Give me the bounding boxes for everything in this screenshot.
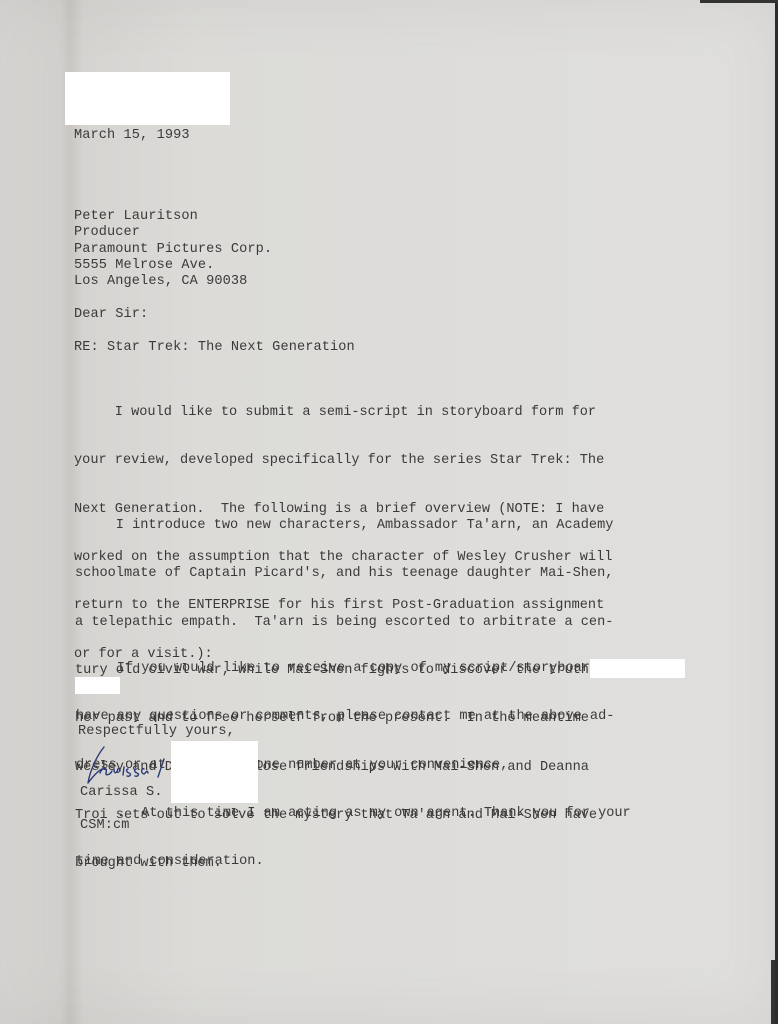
redacted-signer-surname [171,741,258,803]
recipient-street: 5555 Melrose Ave. [74,258,214,274]
paragraph-line: time and consideration. [76,854,631,870]
paragraph-line: schoolmate of Captain Picard's, and his … [75,566,613,582]
recipient-city: Los Angeles, CA 90038 [74,274,247,290]
subject-line: RE: Star Trek: The Next Generation [74,340,355,356]
salutation: Dear Sir: [74,307,148,323]
reference-initials: CSM:cm [80,818,130,834]
redacted-phone [75,677,120,694]
recipient-name: Peter Lauritson [74,209,198,225]
paragraph-line: your review, developed specifically for … [74,453,612,469]
paragraph-line: . At this time I am acting as my own age… [76,806,631,822]
letter-paper: March 15, 1993 Peter Lauritson Producer … [0,0,775,1024]
redacted-phone [590,659,685,678]
paragraph-line: If you would like to receive a copy of m… [76,661,631,677]
paragraph-line: I would like to submit a semi-script in … [74,405,612,421]
redacted-letterhead [65,72,230,125]
recipient-title: Producer [74,225,140,241]
closing: Respectfully yours, [78,724,235,740]
letter-date: March 15, 1993 [74,128,190,144]
signer-name: Carissa S. [80,785,163,801]
background-edge [771,960,775,1024]
background-edge [700,0,778,3]
paragraph-line: I introduce two new characters, Ambassad… [75,518,613,534]
recipient-company: Paramount Pictures Corp. [74,242,272,258]
